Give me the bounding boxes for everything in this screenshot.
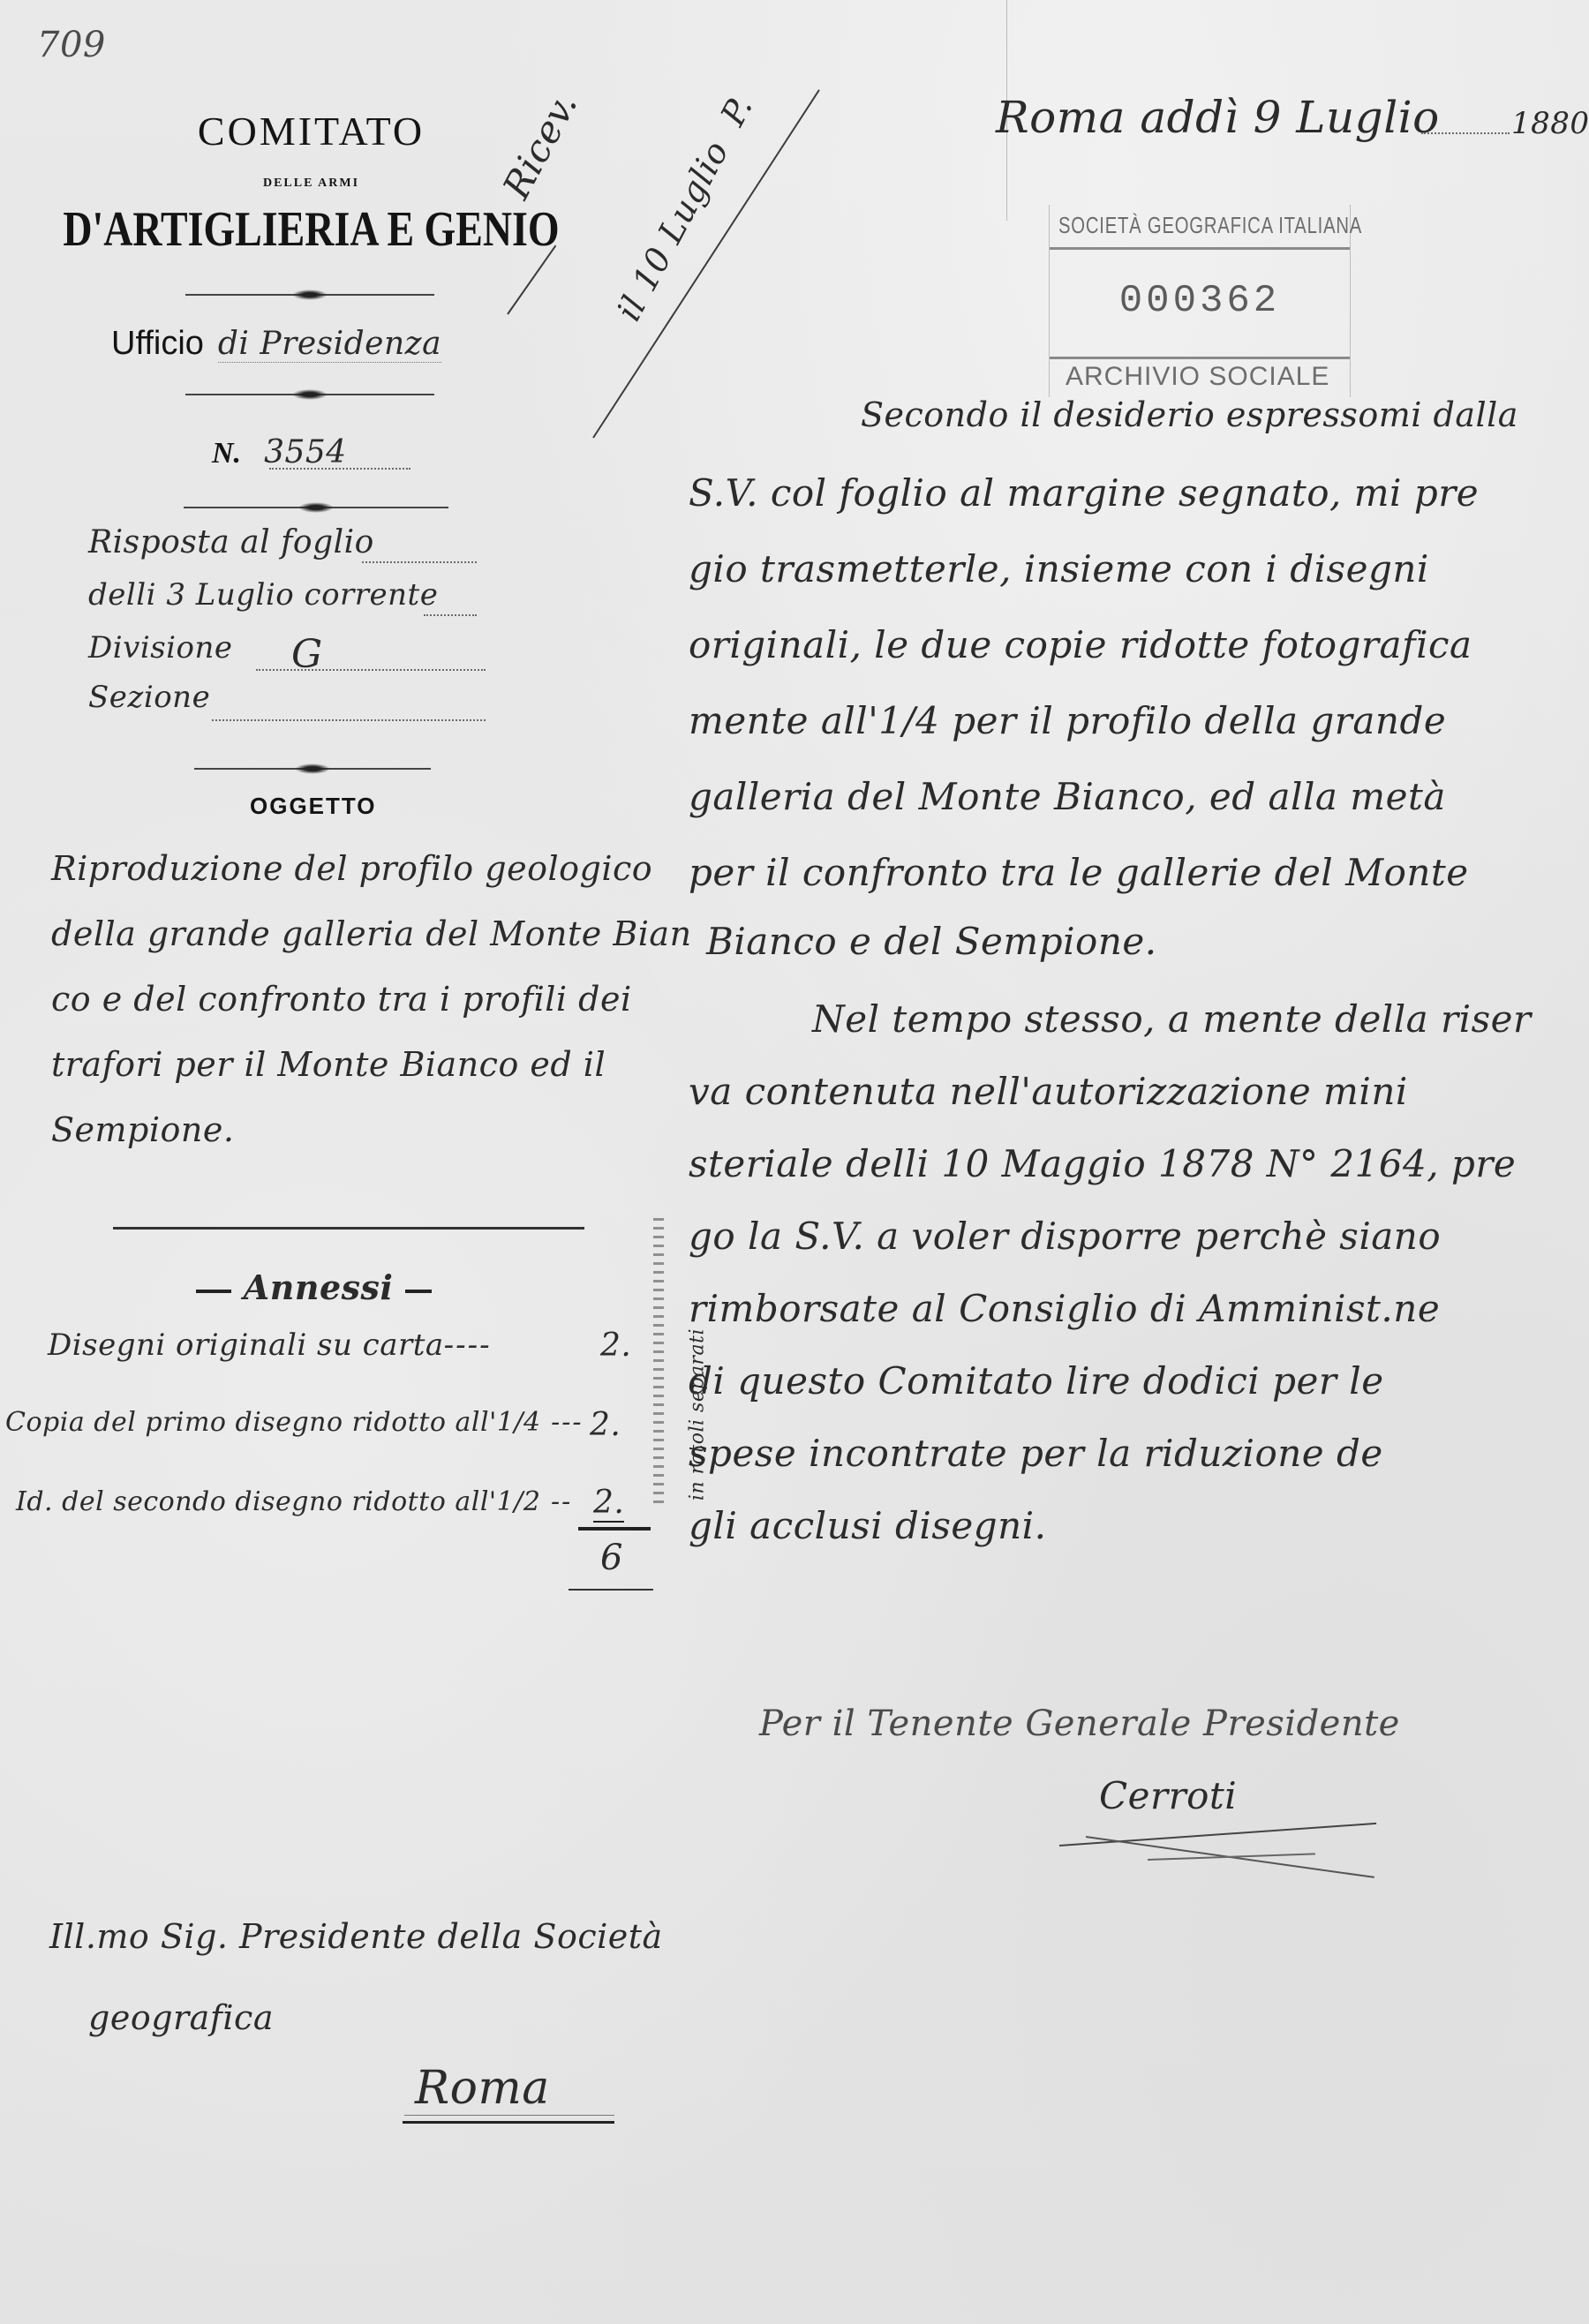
section-divider	[113, 1227, 584, 1230]
archive-stamp: SOCIETÀ GEOGRAFICA ITALIANA 000362 ARCHI…	[1049, 205, 1351, 397]
office-value: di Presidenza	[218, 326, 441, 363]
signature-name: Cerroti	[1099, 1774, 1237, 1817]
annex-qty: 2.	[593, 1485, 624, 1523]
signature-flourish	[1148, 1853, 1315, 1861]
ornament-divider	[185, 294, 434, 296]
addressee-city: Roma	[415, 2062, 550, 2115]
protocol-number: N. 3554	[212, 434, 347, 470]
body-line: originali, le due copie ridotte fotograf…	[689, 623, 1472, 666]
margin-received-date: il 10 Luglio P.	[609, 89, 760, 327]
body-line: galleria del Monte Bianco, ed alla metà	[689, 775, 1446, 818]
subject-line: Sempione.	[51, 1110, 234, 1149]
body-line: di questo Comitato lire dodici per le	[689, 1359, 1384, 1403]
number-value: 3554	[264, 434, 347, 470]
addressee-line-2: geografica	[88, 1998, 274, 2037]
body-line: Nel tempo stesso, a mente della riser	[812, 997, 1532, 1041]
reply-line-1: Risposta al foglio	[88, 524, 374, 560]
subject-line: Riproduzione del profilo geologico	[51, 849, 652, 888]
body-line: spese incontrate per la riduzione de	[689, 1432, 1383, 1475]
body-line: mente all'1/4 per il profilo della grand…	[689, 699, 1446, 742]
body-line: steriale delli 10 Maggio 1878 N° 2164, p…	[689, 1142, 1516, 1185]
ornament-divider	[185, 394, 434, 395]
dateline: Roma addì 9 Luglio	[996, 92, 1440, 143]
letterhead-name: D'ARTIGLIERIA E GENIO	[56, 201, 566, 258]
subject-line: della grande galleria del Monte Bian	[51, 914, 692, 953]
subject-line: trafori per il Monte Bianco ed il	[51, 1045, 606, 1084]
body-line: S.V. col foglio al margine segnato, mi p…	[689, 471, 1479, 515]
signature-line: Per il Tenente Generale Presidente	[759, 1704, 1400, 1744]
annex-qty: 2.	[590, 1407, 621, 1443]
body-line: gli acclusi disegni.	[689, 1504, 1046, 1547]
section-label: Sezione	[88, 680, 210, 715]
body-line: Secondo il desiderio espressomi dalla	[861, 395, 1518, 434]
stamp-number: 000362	[1050, 279, 1350, 323]
ornament-divider	[194, 768, 431, 770]
body-line: per il confronto tra le gallerie del Mon…	[689, 851, 1469, 894]
archive-number: 709	[37, 25, 106, 65]
body-line: go la S.V. a voler disporre perchè siano	[689, 1215, 1441, 1258]
division-label: Divisione	[88, 630, 233, 666]
ornament-divider	[184, 507, 448, 508]
number-label: N.	[212, 437, 241, 470]
annex-item: Disegni originali su carta----	[48, 1327, 492, 1363]
signature-flourish	[1059, 1823, 1376, 1846]
subject-heading: OGGETTO	[250, 793, 377, 820]
body-line: rimborsate al Consiglio di Amminist.ne	[689, 1287, 1440, 1330]
office-field: Ufficio di Presidenza	[111, 325, 441, 363]
stamp-archive: ARCHIVIO SOCIALE	[1066, 362, 1329, 392]
dateline-year: 1880	[1511, 106, 1589, 141]
annex-item: Copia del primo disegno ridotto all'1/4 …	[5, 1407, 584, 1438]
annexes-heading: Annessi	[196, 1267, 432, 1307]
annex-item: Id. del secondo disegno ridotto all'1/2 …	[16, 1486, 572, 1517]
body-line: va contenuta nell'autorizzazione mini	[689, 1070, 1408, 1113]
stamp-society: SOCIETÀ GEOGRAFICA ITALIANA	[1058, 212, 1362, 239]
body-line: gio trasmetterle, insieme con i disegni	[689, 547, 1429, 590]
office-label: Ufficio	[111, 325, 204, 362]
annex-qty: 2.	[600, 1327, 631, 1364]
subject-line: co e del confronto tra i profili dei	[51, 980, 632, 1019]
annex-total: 6	[600, 1538, 623, 1578]
body-line: Bianco e del Sempione.	[706, 920, 1157, 963]
addressee-line-1: Ill.mo Sig. Presidente della Società	[49, 1917, 663, 1956]
reply-line-2: delli 3 Luglio corrente	[88, 577, 438, 613]
